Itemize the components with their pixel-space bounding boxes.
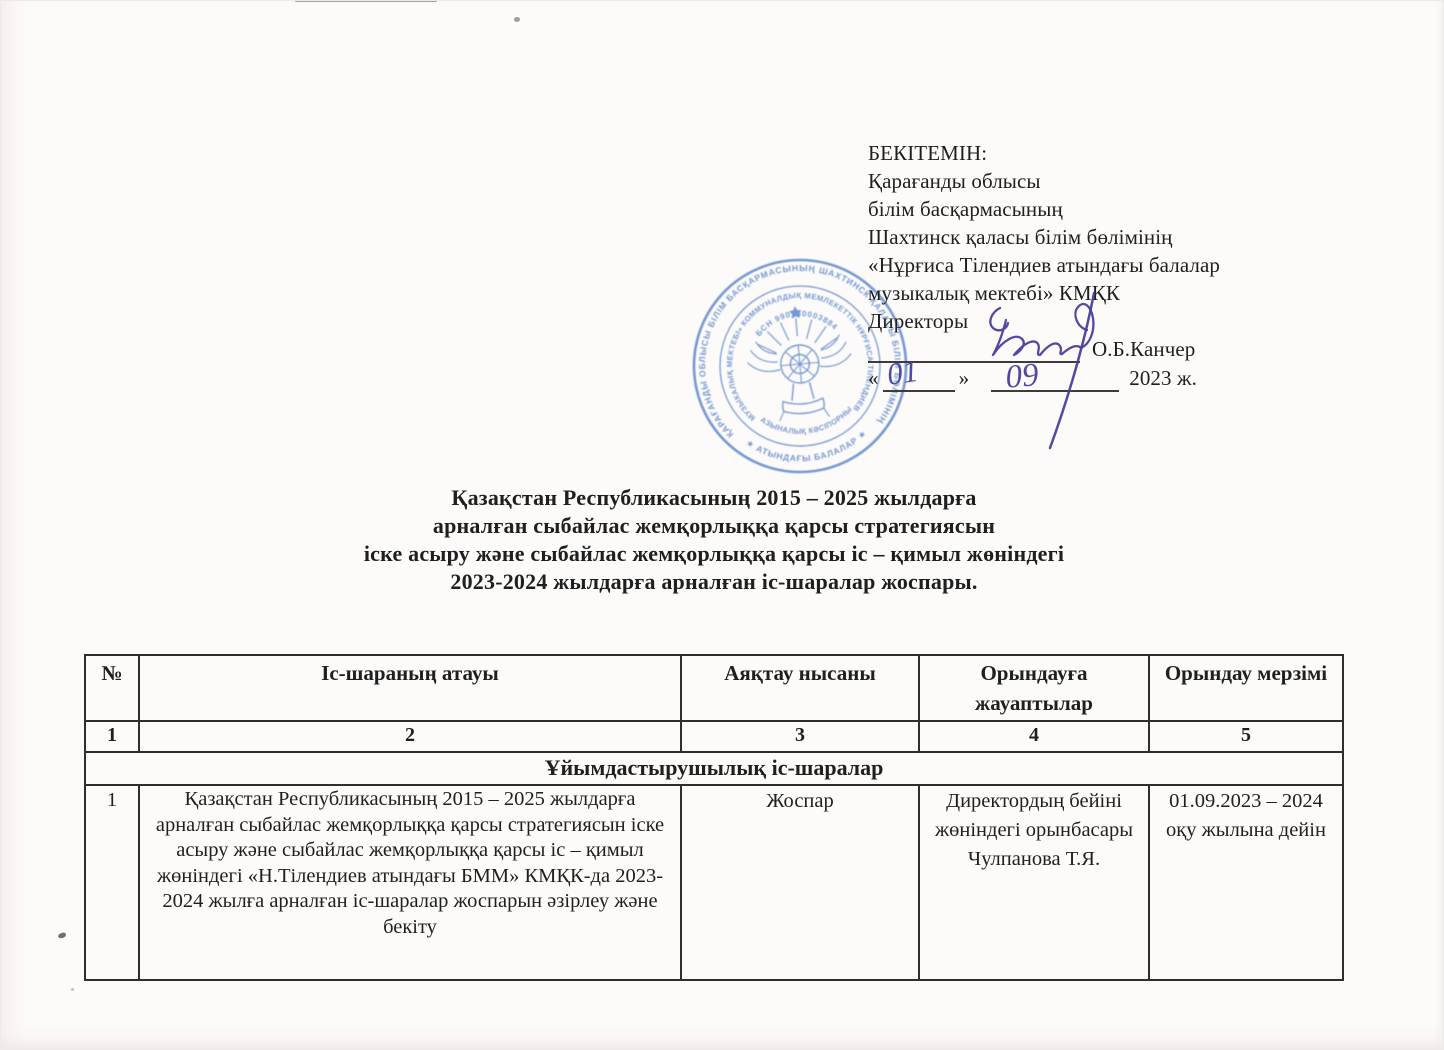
title-line: іске асыру және сыбайлас жемқорлыққа қар… (0, 540, 1428, 568)
col-header-form: Аяқтау нысаны (681, 655, 919, 721)
column-numbers-row: 1 2 3 4 5 (85, 721, 1343, 752)
signature-flourish-stroke (1050, 293, 1094, 448)
document-title: Қазақстан Республикасының 2015 – 2025 жы… (0, 484, 1428, 596)
title-line: арналған сыбайлас жемқорлыққа қарсы стра… (0, 512, 1428, 540)
activity-cell: Қазақстан Республикасының 2015 – 2025 жы… (139, 785, 681, 980)
signature-scrawl (990, 308, 1081, 355)
column-number: 5 (1149, 721, 1343, 752)
col-header-activity: Іс-шараның атауы (139, 655, 681, 721)
row-number-cell: 1 (85, 785, 139, 980)
deadline-cell: 01.09.2023 – 2024 оқу жылына дейін (1149, 785, 1343, 980)
section-title: Ұйымдастырушылық іс-шаралар (85, 752, 1343, 785)
scan-speck (57, 932, 66, 939)
col-header-number: № (85, 655, 139, 721)
column-number: 3 (681, 721, 919, 752)
scanned-document-page: ҚАРАҒАНДЫ ОБЛЫСЫ БІЛІМ БАСҚАРМАСЫНЫҢ ШАХ… (0, 0, 1444, 1050)
handwritten-month: 09 (1004, 357, 1040, 396)
approval-line: Шахтинск қаласы білім бөлімінің (868, 223, 1298, 251)
title-line: Қазақстан Республикасының 2015 – 2025 жы… (0, 484, 1428, 512)
handwritten-day: 01 (885, 353, 921, 392)
kazakhstan-emblem-icon (743, 302, 856, 424)
handwritten-signature-ink: 01 09 (850, 275, 1230, 460)
col-header-deadline: Орындау мерзімі (1149, 655, 1343, 721)
scan-speck (514, 17, 520, 22)
action-plan-table: № Іс-шараның атауы Аяқтау нысаны Орындау… (84, 654, 1344, 981)
table-header-row: № Іс-шараның атауы Аяқтау нысаны Орындау… (85, 655, 1343, 721)
approval-line: БЕКІТЕМІН: (868, 139, 1298, 167)
scan-smudge (295, 0, 437, 2)
column-number: 1 (85, 721, 139, 752)
scan-speck (71, 988, 74, 991)
column-number: 2 (139, 721, 681, 752)
form-cell: Жоспар (681, 785, 919, 980)
col-header-responsible: Орындауға жауаптылар (919, 655, 1149, 721)
column-number: 4 (919, 721, 1149, 752)
responsible-cell: Директордың бейіні жөніндегі орынбасары … (919, 785, 1149, 980)
title-line: 2023-2024 жылдарға арналған іс-шаралар ж… (0, 568, 1428, 596)
section-header-row: Ұйымдастырушылық іс-шаралар (85, 752, 1343, 785)
approval-line: білім басқармасының (868, 195, 1298, 223)
approval-line: Қарағанды облысы (868, 167, 1298, 195)
table-row: 1 Қазақстан Республикасының 2015 – 2025 … (85, 785, 1343, 980)
